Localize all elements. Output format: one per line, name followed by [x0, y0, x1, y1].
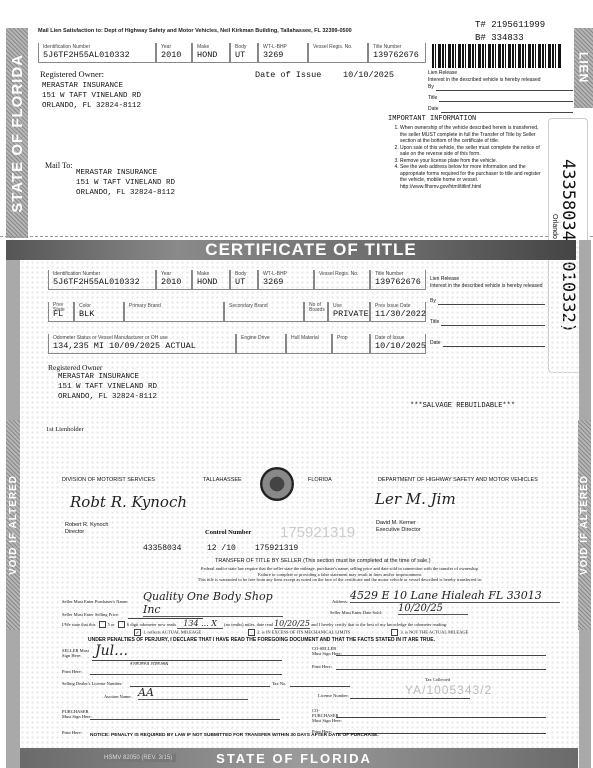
by-line[interactable] — [438, 298, 545, 305]
director-title: Director — [65, 529, 108, 536]
important-item: Upon sale of this vehicle, the seller mu… — [400, 145, 543, 158]
purchaser-name-label: Seller Must Enter Purchaser's Name: — [62, 599, 128, 604]
lien-release-title: Lien Release — [428, 70, 573, 77]
purchaser-name-field[interactable]: Quality One Body Shop Inc — [143, 590, 283, 617]
date-label: Date — [428, 106, 439, 113]
stub-lien-release: Lien Release Interest in the described v… — [428, 70, 573, 113]
purchaser-sign-line[interactable] — [90, 719, 280, 720]
not-actual-checkbox[interactable] — [391, 629, 398, 636]
year-value: 2010 — [161, 277, 181, 287]
vin-value: 5J6TF2H55AL010332 — [43, 50, 130, 60]
certificate-banner: CERTIFICATE OF TITLE — [6, 240, 576, 260]
seller-sign-label: SELLER Must Sign Here: — [62, 648, 92, 658]
excess-mileage-label: 2. is IN EXCESS OF ITS MECHANICAL LIMITS — [257, 630, 350, 635]
make-value: HOND — [197, 50, 217, 60]
owner-line: MERASTAR INSURANCE — [42, 81, 141, 91]
six-digit-checkbox[interactable] — [118, 621, 125, 628]
label: Hull Material — [291, 335, 319, 341]
perjury-statement: UNDER PENALTIES OF PERJURY, I DECLARE TH… — [88, 637, 435, 643]
five-digit-checkbox[interactable] — [99, 621, 106, 628]
tax-no-label: Tax No. — [272, 681, 286, 686]
lien-side-strip: LIEN — [574, 28, 593, 108]
brand-note: ***SALVAGE REBUILDABLE*** — [410, 402, 515, 410]
director-signature: Robt R. Kynoch — [70, 493, 187, 511]
vin-value: 5J6TF2H55AL010332 — [53, 277, 140, 287]
owner-line: 151 W TAFT VINELAND RD — [42, 91, 141, 101]
selling-price-label: Seller Must Enter Selling Price: — [62, 612, 119, 617]
void-strip-left: VOID IF ALTERED — [6, 420, 20, 630]
label: Engine Drive — [241, 335, 270, 341]
date-sold-field[interactable]: 10/20/25 — [398, 603, 468, 615]
lienholder-label: 1st Lienholder — [46, 426, 84, 433]
seller-sign-line[interactable] — [92, 660, 282, 661]
auction-name-field[interactable]: AA — [138, 686, 248, 700]
certificate-title: CERTIFICATE OF TITLE — [205, 240, 416, 260]
color-value: BLK — [79, 309, 94, 319]
state-label: FLORIDA — [308, 477, 332, 483]
label: Vessel Regis. No. — [313, 44, 352, 50]
executive-name-block: David M. Kerner Executive Director — [376, 520, 421, 533]
important-information: IMPORTANT INFORMATION When ownership of … — [388, 115, 543, 190]
address-label: Address: — [332, 599, 348, 604]
lien-release-text: Interest in the described vehicle is her… — [428, 77, 573, 84]
control-number-label: Control Number — [205, 529, 251, 536]
stub-side-label: STATE OF FLORIDA — [9, 54, 26, 213]
lien-side-label: LIEN — [577, 52, 591, 83]
dealer-license-label: Selling Dealer's License Number: — [62, 681, 123, 686]
seller-print-line[interactable] — [90, 674, 282, 675]
cert-lien-release: Lien Release Interest in the described v… — [430, 276, 545, 347]
void-strip-right: VOID IF ALTERED — [578, 420, 591, 630]
use-value: PRIVATE — [333, 309, 369, 319]
city-label: TALLAHASSEE — [203, 477, 242, 483]
important-item: When ownership of the vehicle described … — [400, 125, 543, 145]
actual-mileage-checkbox[interactable]: ✓ — [134, 629, 141, 636]
cert-owner-address: MERASTAR INSURANCE 151 W TAFT VINELAND R… — [58, 372, 157, 402]
lien-release-title: Lien Release — [430, 276, 545, 283]
by-label: By — [430, 298, 436, 305]
important-item: See the web address below for more infor… — [400, 164, 543, 190]
label: Vessel Regis. No. — [319, 271, 358, 277]
control-date: 12 /10 — [207, 544, 236, 553]
mail-line: ORLANDO, FL 32824-8112 — [76, 188, 175, 198]
certify-text: and I hereby certify that to the best of… — [311, 622, 447, 627]
purchaser-print-label: Print Here: — [62, 730, 82, 735]
stock-number: 43358034 — [143, 544, 181, 553]
date-read-field[interactable]: 10/20/25 — [274, 619, 310, 629]
tax-collected-stamp: YA/1005343/2 — [405, 683, 492, 697]
director-name: Robert R. Kynoch — [65, 522, 108, 529]
director-name-block: Robert R. Kynoch Director — [65, 522, 108, 535]
odometer-reading-field[interactable]: 134 ... X — [177, 619, 223, 629]
footer-banner: HSMV 82050 (REV. 3/15) STATE OF FLORIDA — [20, 748, 578, 768]
body-value: UT — [235, 277, 245, 287]
label: Secondary Brand — [229, 303, 268, 309]
stub-owner-address: MERASTAR INSURANCE 151 W TAFT VINELAND R… — [42, 81, 141, 111]
by-line[interactable] — [436, 84, 573, 91]
actual-mileage-label: 1. reflects ACTUAL MILEAGE — [143, 630, 201, 635]
void-label-left: VOID IF ALTERED — [8, 475, 19, 575]
date-sold-label: Seller Must Enter Date Sold: — [330, 610, 382, 615]
executive-signature: Ler M. Jim — [375, 490, 456, 508]
control-number: 175921319 — [255, 544, 298, 553]
six-digit-label: 6 digit odometer now reads — [127, 622, 176, 627]
form-number: HSMV 82050 (REV. 3/15) — [100, 754, 176, 762]
auction-name-label: Auction Name: — [104, 694, 132, 699]
title-line[interactable] — [441, 319, 545, 326]
state-seal — [260, 467, 294, 501]
barcode — [432, 44, 562, 68]
stub-date-issue-label: Date of Issue — [255, 70, 321, 80]
mail-to-address: MERASTAR INSURANCE 151 W TAFT VINELAND R… — [76, 168, 175, 198]
perforation-line — [0, 236, 593, 237]
address-field[interactable]: 4529 E 10 Lane Hialeah FL 33013 — [350, 589, 560, 603]
stub-date-issue-value: 10/10/2025 — [343, 70, 394, 80]
mail-line: MERASTAR INSURANCE — [76, 168, 175, 178]
title-number-value: 139762676 — [375, 277, 421, 287]
weight-value: 3269 — [263, 277, 283, 287]
date-line[interactable] — [443, 340, 545, 347]
odometer-statement: I/We state that this 5 or 6 digit odomet… — [62, 619, 447, 628]
division-label: DIVISION OF MOTORIST SERVICES — [62, 477, 155, 483]
five-digit-label: 5 or — [108, 622, 115, 627]
penalty-notice: NOTICE: PENALTY IS REQUIRED BY LAW IF NO… — [90, 733, 379, 738]
stub-registered-owner-label: Registered Owner: — [40, 69, 104, 79]
label: Primary Brand — [129, 303, 161, 309]
date-line[interactable] — [441, 106, 573, 113]
prev-issue-value: 11/30/2022 — [375, 309, 426, 319]
t-number: T# 2195611999 — [475, 20, 545, 30]
license-number-label: License Number: — [318, 693, 349, 698]
mail-to-label: Mail To: — [45, 161, 73, 170]
owner-line: ORLANDO, FL 32824-8112 — [42, 101, 141, 111]
weight-value: 3269 — [263, 50, 283, 60]
not-actual-label: 3. is NOT THE ACTUAL MILEAGE — [400, 630, 468, 635]
no-tenths-label: (no tenths) miles, date read — [224, 622, 273, 627]
copurchaser-sign-label: CO-PURCHASER Must Sign Here: — [312, 708, 342, 723]
label: Prop — [337, 335, 348, 341]
mail-line: 151 W TAFT VINELAND RD — [76, 178, 175, 188]
sticker-location: Orlando — [551, 214, 558, 239]
transfer-law: Federal and/or state law require that th… — [120, 566, 560, 583]
purchaser-sign-label: PURCHASER Must Sign Here: — [62, 709, 92, 719]
odometer-value: 134,235 MI 10/09/2025 ACTUAL — [53, 341, 196, 351]
coseller-sign-line[interactable] — [336, 655, 546, 656]
excess-mileage-checkbox[interactable] — [248, 629, 255, 636]
seller-print-value: Merastar Insurance — [130, 660, 168, 665]
license-number-line[interactable] — [350, 698, 470, 699]
date-label: Date — [430, 340, 441, 347]
coseller-print-label: Print Here: — [312, 664, 332, 669]
cert-registered-owner-label: Registered Owner — [48, 363, 102, 372]
tax-no-line[interactable] — [290, 686, 350, 687]
footer-state-label: STATE OF FLORIDA — [216, 751, 372, 766]
copurchaser-sign-line[interactable] — [336, 717, 546, 718]
issue-date-value: 10/10/2025 — [375, 341, 426, 351]
make-value: HOND — [197, 277, 217, 287]
by-label: By — [428, 84, 434, 91]
executive-name: David M. Kerner — [376, 520, 421, 527]
owner-line: MERASTAR INSURANCE — [58, 372, 157, 382]
owner-line: ORLANDO, FL 32824-8112 — [58, 392, 157, 402]
prev-state-value: FL — [53, 309, 63, 319]
owner-line: 151 W TAFT VINELAND RD — [58, 382, 157, 392]
law-line: This title is warranted to be free from … — [120, 577, 560, 583]
stub-side-strip: STATE OF FLORIDA — [6, 28, 28, 238]
lien-satisfaction-address: Mail Lien Satisfaction to: Dept of Highw… — [38, 28, 352, 34]
title-label: Title — [428, 95, 437, 102]
seller-print-label: Print Here: — [62, 669, 82, 674]
transfer-heading: TRANSFER OF TITLE BY SELLER (This sectio… — [215, 558, 431, 564]
tax-collected-label: Tax Collected — [425, 677, 450, 682]
body-value: UT — [235, 50, 245, 60]
executive-title: Executive Director — [376, 527, 421, 534]
title-label: Title — [430, 319, 439, 326]
lien-release-text: Interest in the described vehicle is her… — [430, 283, 545, 290]
year-value: 2010 — [161, 50, 181, 60]
coseller-print-line[interactable] — [336, 669, 546, 670]
void-label-right: VOID IF ALTERED — [579, 475, 590, 575]
odometer-statement-text: I/We state that this — [62, 622, 96, 627]
seller-signature: Jul… — [95, 643, 128, 659]
control-number-large: 175921319 — [280, 524, 355, 541]
title-line[interactable] — [439, 95, 573, 102]
important-heading: IMPORTANT INFORMATION — [388, 115, 543, 123]
mileage-options: ✓1. reflects ACTUAL MILEAGE 2. is IN EXC… — [132, 629, 468, 636]
b-number: B# 334833 — [475, 33, 524, 43]
title-number-value: 139762676 — [373, 50, 419, 60]
department-label: DEPARTMENT OF HIGHWAY SAFETY AND MOTOR V… — [378, 477, 538, 483]
